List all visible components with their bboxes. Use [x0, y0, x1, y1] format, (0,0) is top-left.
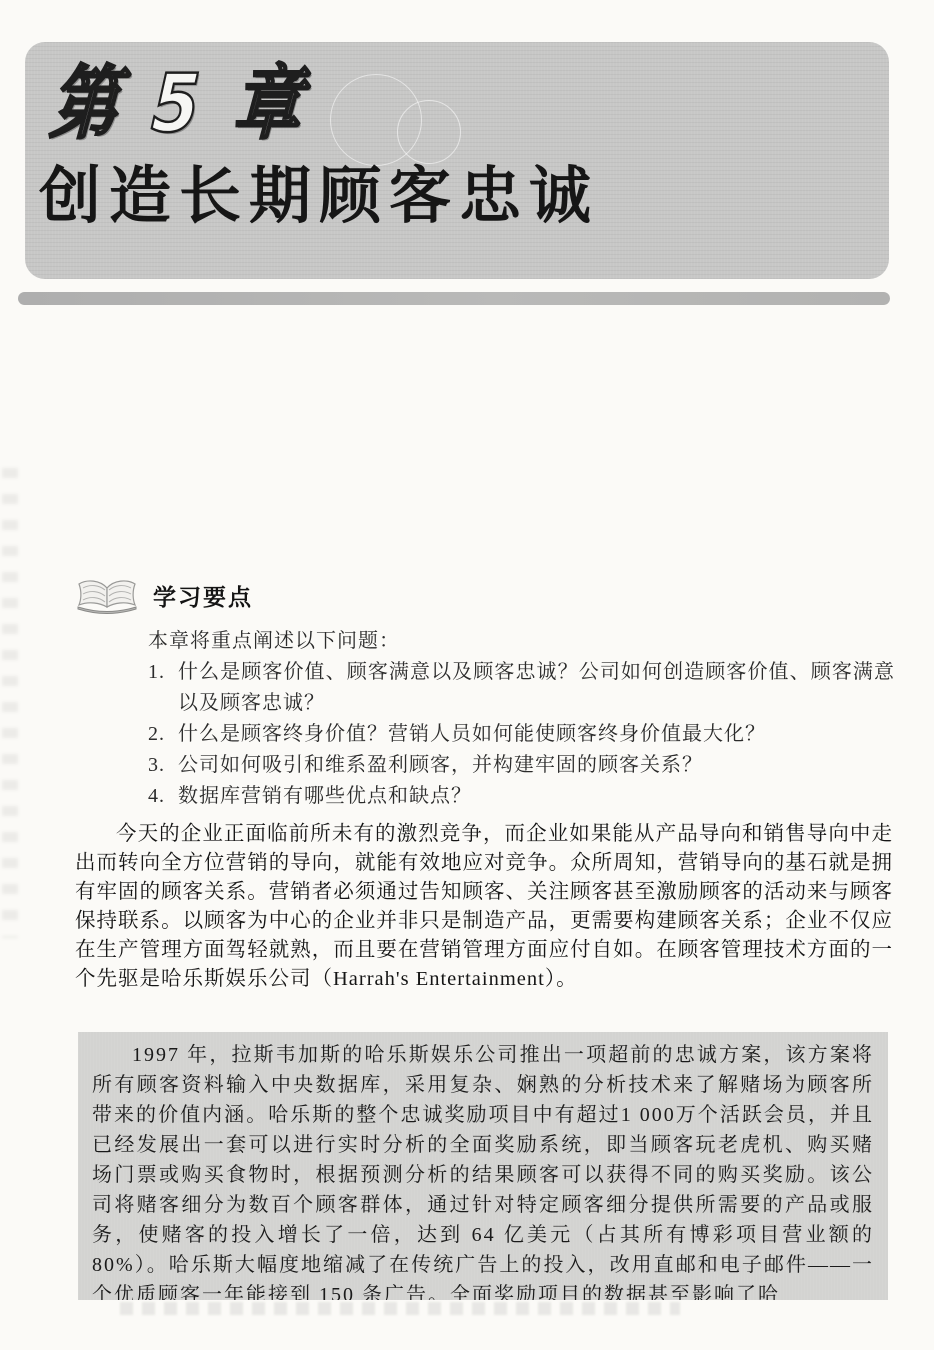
- list-item: 4. 数据库营销有哪些优点和缺点？: [148, 781, 895, 812]
- chapter-title: 创造长期顾客忠诚: [39, 160, 599, 231]
- chapter-number: 第 5 章: [48, 60, 309, 148]
- divider-bar: [18, 292, 890, 305]
- chapter-banner: 第 5 章 创造长期顾客忠诚: [25, 42, 889, 279]
- list-item: 3. 公司如何吸引和维系盈利顾客，并构建牢固的顾客关系？: [148, 750, 895, 781]
- print-bleed-artifact: [120, 1302, 680, 1315]
- list-item-text: 什么是顾客价值、顾客满意以及顾客忠诚？公司如何创造顾客价值、顾客满意以及顾客忠诚…: [178, 657, 895, 719]
- list-item-text: 什么是顾客终身价值？营销人员如何能使顾客终身价值最大化？: [178, 719, 895, 750]
- learning-points-heading: 学习要点: [153, 579, 253, 612]
- list-item-number: 3.: [148, 750, 178, 781]
- list-item: 1. 什么是顾客价值、顾客满意以及顾客忠诚？公司如何创造顾客价值、顾客满意以及顾…: [148, 657, 895, 719]
- list-item-text: 公司如何吸引和维系盈利顾客，并构建牢固的顾客关系？: [178, 750, 895, 781]
- decorative-circle: [397, 100, 461, 164]
- case-study-box: 1997 年，拉斯韦加斯的哈乐斯娱乐公司推出一项超前的忠诚方案，该方案将所有顾客…: [78, 1032, 888, 1300]
- learning-points-section: 学习要点 本章将重点阐述以下问题： 1. 什么是顾客价值、顾客满意以及顾客忠诚？…: [75, 576, 895, 812]
- list-item-number: 1.: [148, 657, 178, 719]
- learning-points-intro: 本章将重点阐述以下问题：: [148, 626, 895, 657]
- list-item: 2. 什么是顾客终身价值？营销人员如何能使顾客终身价值最大化？: [148, 719, 895, 750]
- open-book-icon: [75, 576, 139, 614]
- learning-points-header: 学习要点: [75, 576, 895, 614]
- print-bleed-artifact: [2, 468, 18, 938]
- list-item-number: 2.: [148, 719, 178, 750]
- chapter-intro-paragraph: 今天的企业正面临前所未有的激烈竞争，而企业如果能从产品导向和销售导向中走出而转向…: [75, 820, 893, 994]
- book-page: 第 5 章 创造长期顾客忠诚 学习要点 本章将重点阐述以下问题： 1.: [0, 0, 934, 1350]
- list-item-text: 数据库营销有哪些优点和缺点？: [178, 781, 895, 812]
- list-item-number: 4.: [148, 781, 178, 812]
- case-study-text: 1997 年，拉斯韦加斯的哈乐斯娱乐公司推出一项超前的忠诚方案，该方案将所有顾客…: [92, 1040, 874, 1300]
- learning-points-list: 1. 什么是顾客价值、顾客满意以及顾客忠诚？公司如何创造顾客价值、顾客满意以及顾…: [148, 657, 895, 812]
